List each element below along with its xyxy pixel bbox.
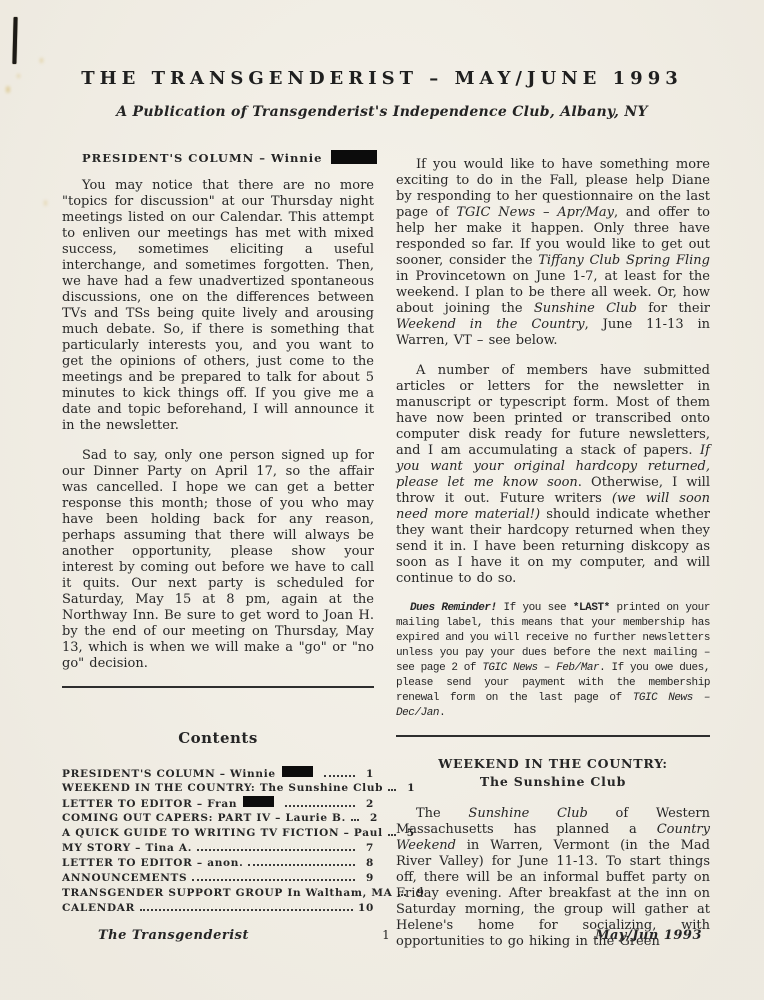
toc-entry: COMING OUT CAPERS: PART IV – Laurie B.2 — [62, 811, 374, 826]
toc-entry: ANNOUNCEMENTS9 — [62, 871, 374, 886]
toc-entry-label: CALENDAR — [62, 902, 135, 914]
paper-stain — [44, 200, 47, 206]
toc-entry: LETTER TO EDITOR – Fran2 — [62, 796, 374, 811]
toc-entry: CALENDAR10 — [62, 901, 374, 916]
toc-leader-dots — [351, 811, 359, 821]
paragraph-presidents-1: You may notice that there are no more "t… — [62, 178, 374, 434]
text-run: Sunshine Club — [468, 806, 587, 821]
paragraph-fall-activities: If you would like to have something more… — [396, 157, 710, 349]
text-run: Weekend in the Country — [396, 317, 585, 332]
toc-entry-label: MY STORY – Tina A. — [62, 842, 192, 854]
newsletter-page: THE TRANSGENDERIST – MAY/JUNE 1993 A Pub… — [0, 0, 764, 1000]
toc-entry-page-number: 2 — [364, 812, 378, 824]
footer-date: May/Jun 1993 — [390, 928, 710, 943]
section-divider — [62, 686, 374, 688]
text-run: Dues Reminder! — [410, 602, 497, 614]
text-run: . — [439, 707, 445, 719]
toc-entry-page-number: 7 — [360, 842, 374, 854]
text-run: A number of members have submitted artic… — [396, 363, 710, 458]
paper-stain — [40, 58, 43, 63]
staple-mark — [12, 17, 17, 64]
toc-entry: LETTER TO EDITOR – anon.8 — [62, 856, 374, 871]
text-run: The — [416, 806, 468, 821]
toc-entry-page-number: 9 — [360, 872, 374, 884]
toc-entry-page-number: 1 — [360, 768, 374, 780]
footer-publication-name: The Transgenderist — [62, 928, 382, 943]
toc-entry-label: A QUICK GUIDE TO WRITING TV FICTION – Pa… — [62, 827, 383, 839]
page-title: THE TRANSGENDERIST – MAY/JUNE 1993 — [0, 68, 764, 89]
paragraph-submissions: A number of members have submitted artic… — [396, 363, 710, 587]
contents-heading: Contents — [62, 729, 374, 747]
toc-entry: MY STORY – Tina A.7 — [62, 841, 374, 856]
redaction-box — [243, 796, 274, 807]
table-of-contents: PRESIDENT'S COLUMN – Winnie1WEEKEND IN T… — [62, 766, 374, 916]
paragraph-presidents-2: Sad to say, only one person signed up fo… — [62, 448, 374, 672]
toc-entry-page-number: 2 — [360, 798, 374, 810]
toc-entry-page-number: 10 — [358, 902, 374, 914]
text-run: Sunshine Club — [534, 301, 637, 316]
toc-entry-label: ANNOUNCEMENTS — [62, 872, 187, 884]
text-run: for their — [637, 301, 710, 316]
toc-entry-label: COMING OUT CAPERS: PART IV – Laurie B. — [62, 812, 346, 824]
toc-leader-dots — [140, 901, 353, 911]
section-divider — [396, 735, 710, 737]
page-subtitle: A Publication of Transgenderist's Indepe… — [0, 104, 764, 120]
text-run: Tiffany Club Spring Fling — [538, 253, 710, 268]
toc-entry: TRANSGENDER SUPPORT GROUP In Waltham, MA… — [62, 886, 374, 901]
toc-entry: A QUICK GUIDE TO WRITING TV FICTION – Pa… — [62, 826, 374, 841]
toc-entry: WEEKEND IN THE COUNTRY: The Sunshine Clu… — [62, 781, 374, 796]
weekend-heading-line2: The Sunshine Club — [396, 773, 710, 791]
toc-entry: PRESIDENT'S COLUMN – Winnie1 — [62, 766, 374, 781]
redaction-box — [331, 150, 377, 164]
toc-leader-dots — [285, 797, 355, 807]
page-footer: The Transgenderist 1 May/Jun 1993 — [62, 928, 710, 943]
redaction-box — [282, 766, 313, 777]
text-run: If you see — [497, 602, 573, 614]
footer-page-number: 1 — [382, 928, 390, 942]
toc-entry-label: TRANSGENDER SUPPORT GROUP In Waltham, MA — [62, 887, 393, 899]
left-column: PRESIDENT'S COLUMN – Winnie You may noti… — [62, 150, 374, 916]
weekend-section-heading: WEEKEND IN THE COUNTRY: The Sunshine Clu… — [396, 755, 710, 791]
text-run: TGIC News – Feb/Mar — [482, 662, 599, 674]
right-column: If you would like to have something more… — [396, 157, 710, 964]
toc-entry-page-number: 8 — [360, 857, 374, 869]
text-run: TGIC News – Apr/May — [456, 205, 614, 220]
toc-leader-dots — [192, 871, 355, 881]
toc-leader-dots — [197, 841, 355, 851]
toc-leader-dots — [248, 856, 355, 866]
presidents-column-heading: PRESIDENT'S COLUMN – Winnie — [82, 150, 374, 165]
toc-entry-label: LETTER TO EDITOR – Fran — [62, 798, 237, 810]
paragraph-dues-reminder: Dues Reminder! If you see *LAST* printed… — [396, 601, 710, 721]
toc-entry-label: LETTER TO EDITOR – anon. — [62, 857, 243, 869]
toc-entry-label: PRESIDENT'S COLUMN – Winnie — [62, 768, 276, 780]
weekend-heading-line1: WEEKEND IN THE COUNTRY: — [396, 755, 710, 773]
toc-leader-dots — [324, 767, 355, 777]
toc-leader-dots — [388, 826, 396, 836]
presidents-column-heading-label: PRESIDENT'S COLUMN – Winnie — [82, 151, 322, 165]
toc-entry-label: WEEKEND IN THE COUNTRY: The Sunshine Clu… — [62, 782, 383, 794]
text-run: *LAST* — [573, 602, 610, 614]
